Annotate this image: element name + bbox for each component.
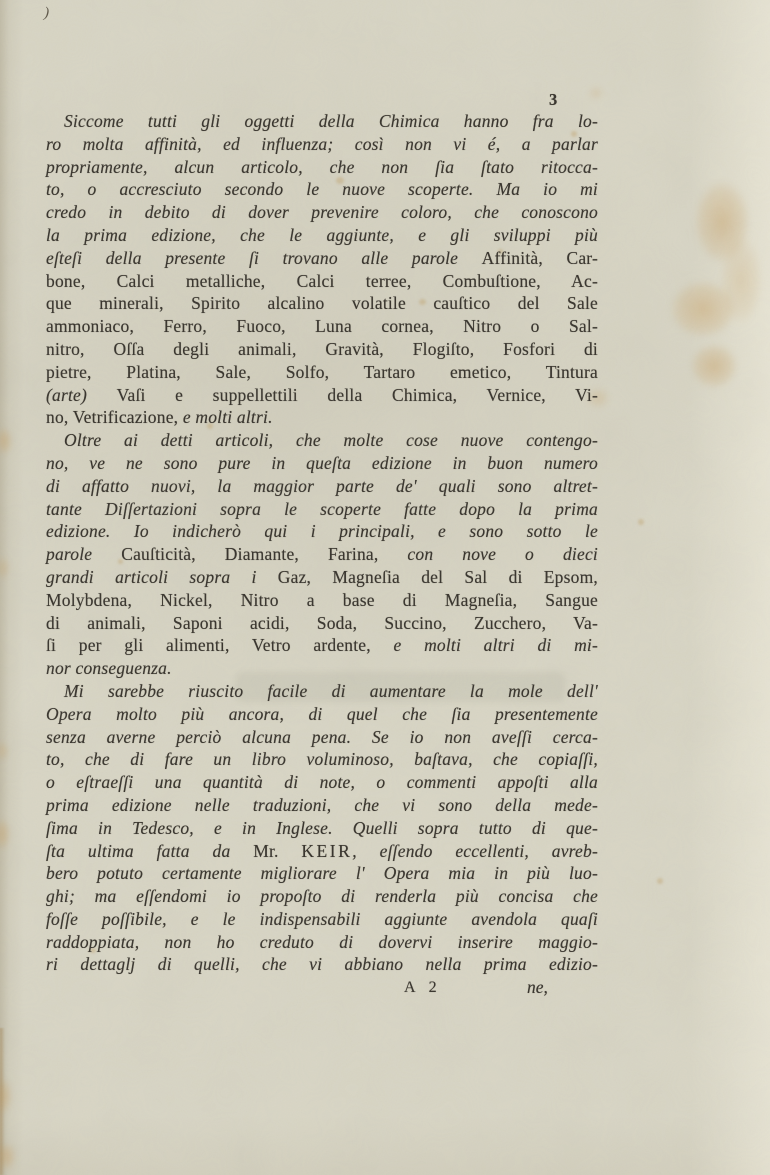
foxing-stain xyxy=(658,270,748,348)
text-line: grandi articoli sopra i Gaz, Magneſia de… xyxy=(46,566,598,589)
text-line: senza averne perciò alcuna pena. Se io n… xyxy=(46,726,598,749)
text-line: ghi; ma eſſendomi io propoſto di renderl… xyxy=(46,885,598,908)
text-line: nor conseguenza. xyxy=(46,657,598,680)
text-line: Oltre ai detti articoli, che molte cose … xyxy=(46,429,598,452)
text-line: edizione. Io indicherò qui i principali,… xyxy=(46,520,598,543)
text-line: bero potuto certamente migliorare l' Ope… xyxy=(46,862,598,885)
paper-speck xyxy=(638,519,644,525)
text-line: di animali, Saponi acidi, Soda, Succino,… xyxy=(46,612,598,635)
text-line: (arte) Vaſi e suppellettili della Chimic… xyxy=(46,384,598,407)
foxing-stain xyxy=(586,84,606,102)
text-line: prima edizione nelle traduzioni, che vi … xyxy=(46,794,598,817)
paper-speck xyxy=(657,878,663,884)
text-line: no, ve ne sono pure in queſta edizione i… xyxy=(46,452,598,475)
text-line: ri dettaglj di quelli, che vi abbiano ne… xyxy=(46,953,598,976)
text-line: no, Vetrificazione, e molti altri. xyxy=(46,406,598,429)
text-line: propriamente, alcun articolo, che non ſi… xyxy=(46,156,598,179)
text-line: que minerali, Spirito alcalino volatile … xyxy=(46,292,598,315)
foxing-stain xyxy=(684,166,760,278)
text-line: di affatto nuovi, la maggior parte de' q… xyxy=(46,475,598,498)
text-line: Molybdena, Nickel, Nitro a base di Magne… xyxy=(46,589,598,612)
binding-edge xyxy=(0,1028,5,1175)
edge-stain xyxy=(0,553,12,583)
text-line: Opera molto più ancora, di quel che ſia … xyxy=(46,703,598,726)
text-line: la prima edizione, che le aggiunte, e gl… xyxy=(46,224,598,247)
text-line: Siccome tutti gli oggetti della Chimica … xyxy=(46,110,598,133)
stray-ink-mark: ) xyxy=(43,5,49,22)
signature-mark: A 2 xyxy=(404,979,442,997)
edge-stain xyxy=(0,423,15,459)
page-text-block: Siccome tutti gli oggetti della Chimica … xyxy=(46,110,598,976)
text-line: to, che di fare un libro voluminoso, baſ… xyxy=(46,748,598,771)
text-line: ſta ultima fatta da Mr. KEIR, eſſendo ec… xyxy=(46,840,598,863)
foxing-stain xyxy=(712,220,770,340)
text-line: ro molta affinità, ed influenza; così no… xyxy=(46,133,598,156)
page-number: 3 xyxy=(549,90,557,110)
foxing-stain xyxy=(682,336,746,396)
text-line: raddoppiata, non ho creduto di dovervi i… xyxy=(46,931,598,954)
text-line: tante Diſſertazioni sopra le scoperte fa… xyxy=(46,498,598,521)
book-page: ) 3 Siccome tutti gli oggetti della Chim… xyxy=(0,0,770,1175)
text-line: eſteſi della presente ſi trovano alle pa… xyxy=(46,247,598,270)
text-line: ſima in Tedesco, e in Inglese. Quelli so… xyxy=(46,817,598,840)
text-line: pietre, Platina, Sale, Solfo, Tartaro em… xyxy=(46,361,598,384)
text-line: credo in debito di dover prevenire color… xyxy=(46,201,598,224)
text-line: o eſtraeſſi una quantità di note, o comm… xyxy=(46,771,598,794)
edge-stain xyxy=(0,738,11,764)
text-line: parole Cauſticità, Diamante, Farina, con… xyxy=(46,543,598,566)
text-line: Mi sarebbe riuscito facile di aumentare … xyxy=(46,680,598,703)
edge-stain xyxy=(0,1138,19,1175)
text-line: foſſe poſſibile, e le indispensabili agg… xyxy=(46,908,598,931)
text-line: ſi per gli alimenti, Vetro ardente, e mo… xyxy=(46,634,598,657)
edge-stain xyxy=(0,813,13,855)
edge-stain xyxy=(0,1072,15,1120)
text-line: nitro, Oſſa degli animali, Gravità, Flog… xyxy=(46,338,598,361)
catchword: ne, xyxy=(527,977,548,998)
text-line: bone, Calci metalliche, Calci terree, Co… xyxy=(46,270,598,293)
text-line: ammoniaco, Ferro, Fuoco, Luna cornea, Ni… xyxy=(46,315,598,338)
text-line: to, o accresciuto secondo le nuove scope… xyxy=(46,178,598,201)
